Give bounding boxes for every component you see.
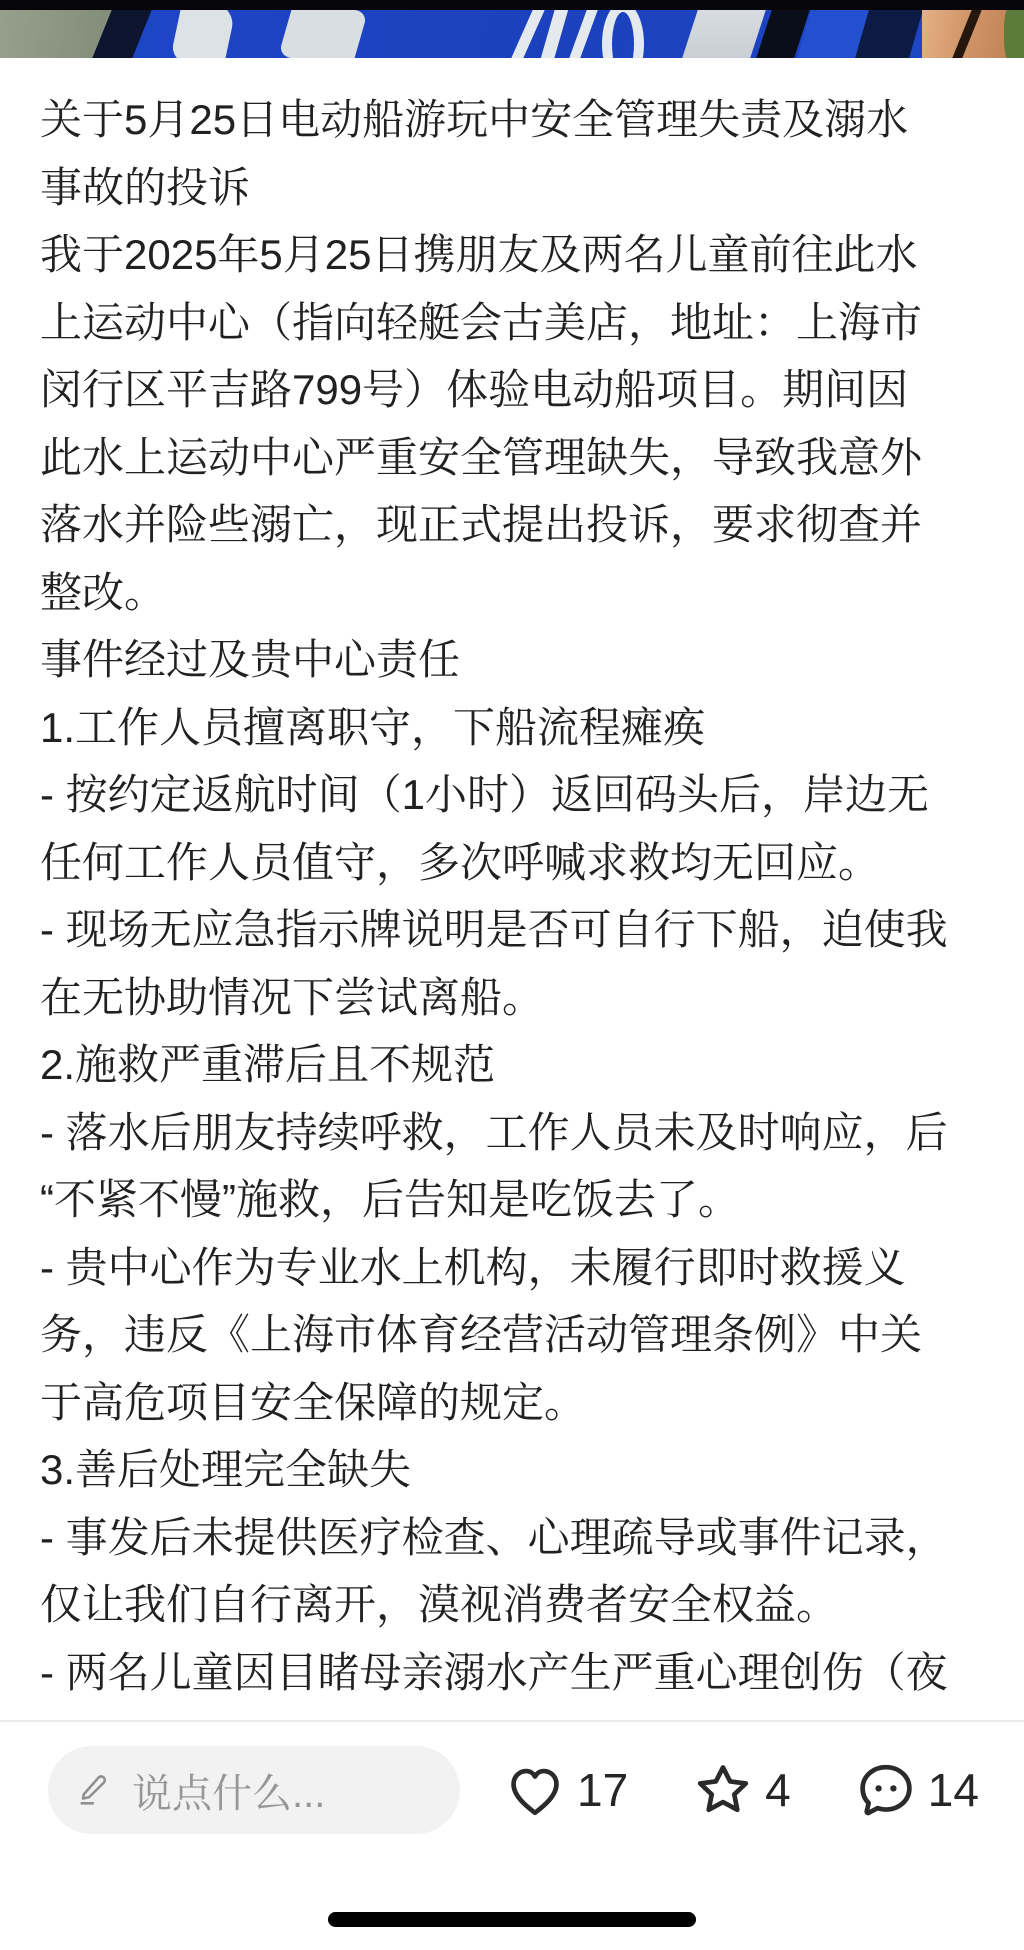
like-button[interactable]: 17: [502, 1757, 628, 1823]
post-text-line: 任何工作人员值守，多次呼喊求救均无回应。: [40, 829, 986, 897]
collect-button[interactable]: 4: [690, 1757, 791, 1823]
photo-white-shape: [279, 10, 368, 58]
chat-bubble-icon: [853, 1757, 919, 1823]
post-text-line: 3.善后处理完全缺失: [40, 1436, 986, 1504]
post-text-line: - 落水后朋友持续呼救，工作人员未及时响应，后: [40, 1099, 986, 1167]
photo-green-leaf-fragment: [1004, 10, 1024, 58]
action-buttons: 17 4 14: [502, 1757, 979, 1823]
post-text-line: 上运动中心（指向轻艇会古美店，地址：上海市: [40, 289, 986, 357]
pencil-icon: [76, 1771, 114, 1809]
star-icon: [690, 1757, 756, 1823]
post-text-line: 关于5月25日电动船游玩中安全管理失责及溺水: [40, 86, 986, 154]
post-text-line: - 两名儿童因目睹母亲溺水产生严重心理创伤（夜: [40, 1639, 986, 1707]
post-text-line: 闵行区平吉路799号）体验电动船项目。期间因: [40, 356, 986, 424]
post-photo[interactable]: [0, 10, 1024, 58]
photo-gray-stripe: [680, 10, 769, 58]
post-detail-screen: 关于5月25日电动船游玩中安全管理失责及溺水事故的投诉我于2025年5月25日携…: [0, 0, 1024, 1950]
post-text-line: 整改。: [40, 559, 986, 627]
bottom-bar-divider: [0, 1720, 1024, 1722]
post-text-line: - 贵中心作为专业水上机构，未履行即时救援义: [40, 1234, 986, 1302]
post-text-line: 此水上运动中心严重安全管理缺失，导致我意外: [40, 424, 986, 492]
post-text-line: 我于2025年5月25日携朋友及两名儿童前往此水: [40, 221, 986, 289]
comment-input[interactable]: 说点什么...: [48, 1746, 460, 1834]
comment-count: 14: [928, 1763, 979, 1817]
photo-letter-fragment: [539, 10, 569, 58]
post-text-line: “不紧不慢”施救，后告知是吃饭去了。: [40, 1166, 986, 1234]
letterbox-bar: [0, 0, 1024, 10]
like-count: 17: [577, 1763, 628, 1817]
post-text-line: 落水并险些溺亡，现正式提出投诉，要求彻查并: [40, 491, 986, 559]
photo-letter-fragment: [566, 10, 600, 58]
post-body-text: 关于5月25日电动船游玩中安全管理失责及溺水事故的投诉我于2025年5月25日携…: [0, 58, 1024, 1706]
post-text-line: 仅让我们自行离开，漠视消费者安全权益。: [40, 1571, 986, 1639]
post-text-line: 于高危项目安全保障的规定。: [40, 1369, 986, 1437]
post-text-line: 务，违反《上海市体育经营活动管理条例》中关: [40, 1301, 986, 1369]
post-text-line: 1.工作人员擅离职守，下船流程瘫痪: [40, 694, 986, 762]
post-text-line: - 按约定返航时间（1小时）返回码头后，岸边无: [40, 761, 986, 829]
comment-placeholder: 说点什么...: [132, 1762, 325, 1819]
collect-count: 4: [765, 1763, 791, 1817]
post-text-line: 2.施救严重滞后且不规范: [40, 1031, 986, 1099]
comment-button[interactable]: 14: [853, 1757, 979, 1823]
engagement-bar: 说点什么... 17 4 14: [48, 1744, 979, 1836]
photo-white-shape: [170, 10, 236, 58]
heart-icon: [502, 1757, 568, 1823]
photo-letter-fragment: [602, 10, 644, 58]
post-text-line: 在无协助情况下尝试离船。: [40, 964, 986, 1032]
post-text-line: - 事发后未提供医疗检查、心理疏导或事件记录，: [40, 1504, 986, 1572]
home-indicator[interactable]: [328, 1912, 696, 1927]
post-text-line: - 现场无应急指示牌说明是否可自行下船，迫使我: [40, 896, 986, 964]
post-text-line: 事件经过及贵中心责任: [40, 626, 986, 694]
post-text-line: 事故的投诉: [40, 154, 986, 222]
